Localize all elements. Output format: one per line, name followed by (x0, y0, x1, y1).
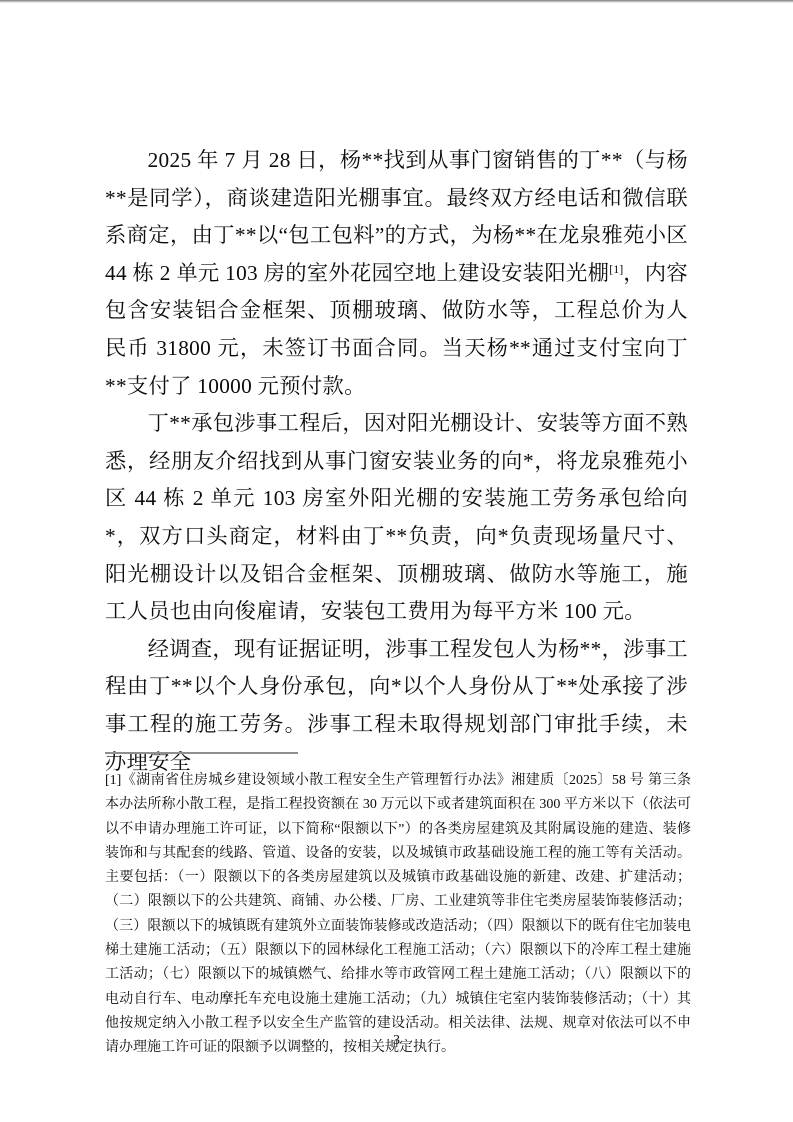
footnote-reference: [1] (609, 262, 623, 276)
footnote-text: 《湖南省住房城乡建设领域小散工程安全生产管理暂行办法》湘建质〔2025〕58 号… (105, 773, 705, 1055)
footnote-separator (105, 752, 298, 754)
paragraph: 经调查，现有证据证明，涉事工程发包人为杨**，涉事工程由丁**以个人身份承包，向… (105, 631, 688, 781)
page-footer: 3 (0, 1033, 793, 1049)
paragraph-text: 2025 年 7 月 28 日，杨**找到从事门窗销售的丁**（与杨**是同学）… (105, 148, 688, 285)
document-page: 2025 年 7 月 28 日，杨**找到从事门窗销售的丁**（与杨**是同学）… (0, 0, 793, 1122)
footnote-item: [1]《湖南省住房城乡建设领域小散工程安全生产管理暂行办法》湘建质〔2025〕5… (105, 769, 691, 1061)
footnote-marker: [1] (105, 773, 121, 788)
paragraph: 丁**承包涉事工程后，因对阳光棚设计、安装等方面不熟悉，经朋友介绍找到从事门窗安… (105, 405, 688, 631)
paragraph: 2025 年 7 月 28 日，杨**找到从事门窗销售的丁**（与杨**是同学）… (105, 142, 688, 405)
page-top-edge (0, 0, 793, 3)
footnotes-section: [1]《湖南省住房城乡建设领域小散工程安全生产管理暂行办法》湘建质〔2025〕5… (105, 769, 691, 1061)
page-number: 3 (393, 1033, 400, 1048)
document-body: 2025 年 7 月 28 日，杨**找到从事门窗销售的丁**（与杨**是同学）… (105, 142, 688, 781)
